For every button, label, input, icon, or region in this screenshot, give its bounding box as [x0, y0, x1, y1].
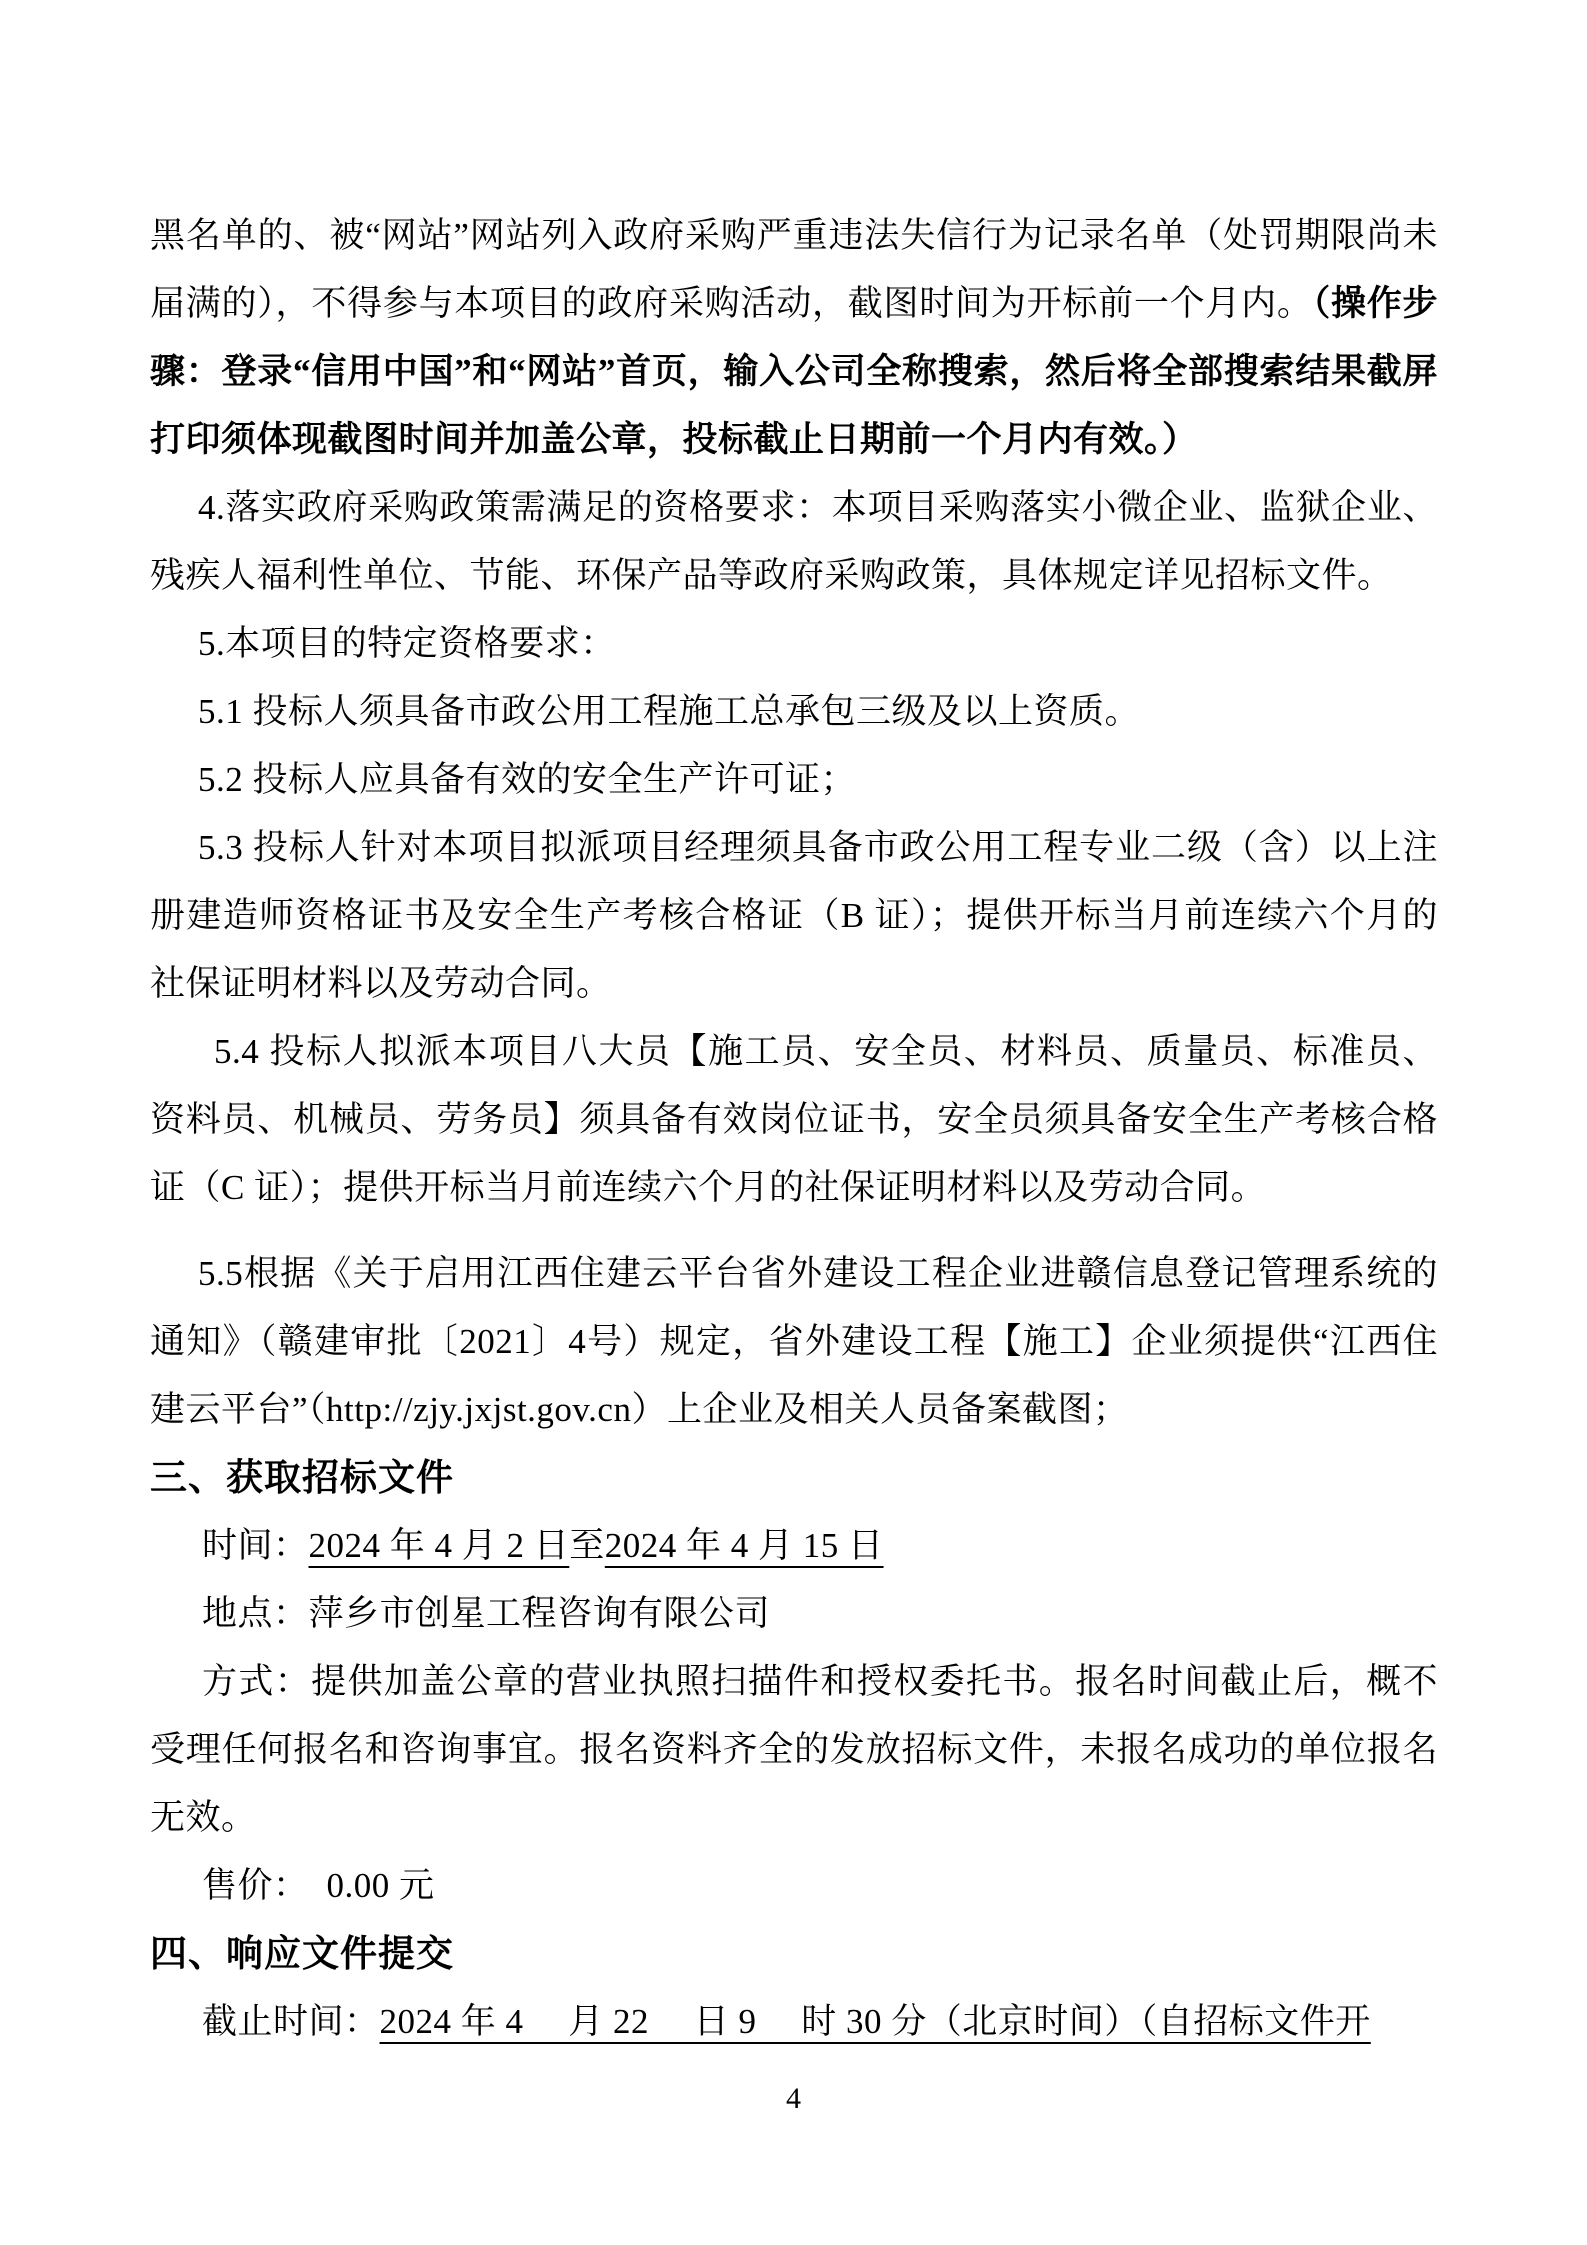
text-run: 2024 年 4 月 15 日 [605, 1526, 884, 1565]
section-heading: 四、响应文件提交 [150, 1920, 1438, 1988]
document-body: 黑名单的、被“网站”网站列入政府采购严重违法失信行为记录名单（处罚期限尚未届满的… [150, 202, 1438, 2056]
paragraph: 5.2 投标人应具备有效的安全生产许可证； [150, 746, 1438, 814]
page-number: 4 [0, 2082, 1587, 2116]
text-run: 5.4 投标人拟派本项目八大员【施工员、安全员、材料员、质量员、标准员、资料员、… [150, 1032, 1438, 1207]
paragraph: 5.3 投标人针对本项目拟派项目经理须具备市政公用工程专业二级（含）以上注册建造… [150, 814, 1438, 1018]
text-run: 售价： 0.00 元 [202, 1866, 435, 1905]
text-run: 截止时间： [202, 2002, 380, 2041]
section-heading: 三、获取招标文件 [150, 1444, 1438, 1512]
paragraph: 售价： 0.00 元 [150, 1852, 1438, 1920]
paragraph: 5.1 投标人须具备市政公用工程施工总承包三级及以上资质。 [150, 678, 1438, 746]
text-run: 三、获取招标文件 [150, 1457, 454, 1498]
text-run: 2024 年 4 月 2 日 [309, 1526, 570, 1565]
text-run: 2024 年 4 月 22 日 9 时 30 分（北京时间）（自招标文件开 [380, 2002, 1371, 2041]
paragraph: 时间：2024 年 4 月 2 日至2024 年 4 月 15 日 [150, 1512, 1438, 1580]
text-run: 5.2 投标人应具备有效的安全生产许可证； [198, 760, 856, 799]
text-run: 方式：提供加盖公章的营业执照扫描件和授权委托书。报名时间截止后，概不受理任何报名… [150, 1662, 1438, 1837]
paragraph: 地点：萍乡市创星工程咨询有限公司 [150, 1580, 1438, 1648]
paragraph: 5.4 投标人拟派本项目八大员【施工员、安全员、材料员、质量员、标准员、资料员、… [150, 1018, 1438, 1222]
text-run: 5.1 投标人须具备市政公用工程施工总承包三级及以上资质。 [198, 692, 1140, 731]
text-run: 4.落实政府采购政策需满足的资格要求：本项目采购落实小微企业、监狱企业、残疾人福… [150, 488, 1438, 595]
paragraph: 5.本项目的特定资格要求： [150, 610, 1438, 678]
text-run: 时间： [202, 1526, 309, 1565]
paragraph: 5.5根据《关于启用江西住建云平台省外建设工程企业进赣信息登记管理系统的通知》（… [150, 1240, 1438, 1444]
paragraph: 4.落实政府采购政策需满足的资格要求：本项目采购落实小微企业、监狱企业、残疾人福… [150, 474, 1438, 610]
text-run: 5.5根据《关于启用江西住建云平台省外建设工程企业进赣信息登记管理系统的通知》（… [150, 1254, 1438, 1429]
text-run: 四、响应文件提交 [150, 1933, 454, 1974]
paragraph: 方式：提供加盖公章的营业执照扫描件和授权委托书。报名时间截止后，概不受理任何报名… [150, 1648, 1438, 1852]
text-run: 地点：萍乡市创星工程咨询有限公司 [202, 1594, 770, 1633]
text-run: 黑名单的、被“网站”网站列入政府采购严重违法失信行为记录名单（处罚期限尚未届满的… [150, 216, 1438, 323]
paragraph: 黑名单的、被“网站”网站列入政府采购严重违法失信行为记录名单（处罚期限尚未届满的… [150, 202, 1438, 474]
text-run: 5.3 投标人针对本项目拟派项目经理须具备市政公用工程专业二级（含）以上注册建造… [150, 828, 1438, 1003]
text-run: 至 [569, 1526, 605, 1565]
document-page: 黑名单的、被“网站”网站列入政府采购严重违法失信行为记录名单（处罚期限尚未届满的… [0, 0, 1587, 2245]
text-run: 5.本项目的特定资格要求： [198, 624, 616, 663]
paragraph: 截止时间：2024 年 4 月 22 日 9 时 30 分（北京时间）（自招标文… [150, 1988, 1438, 2056]
